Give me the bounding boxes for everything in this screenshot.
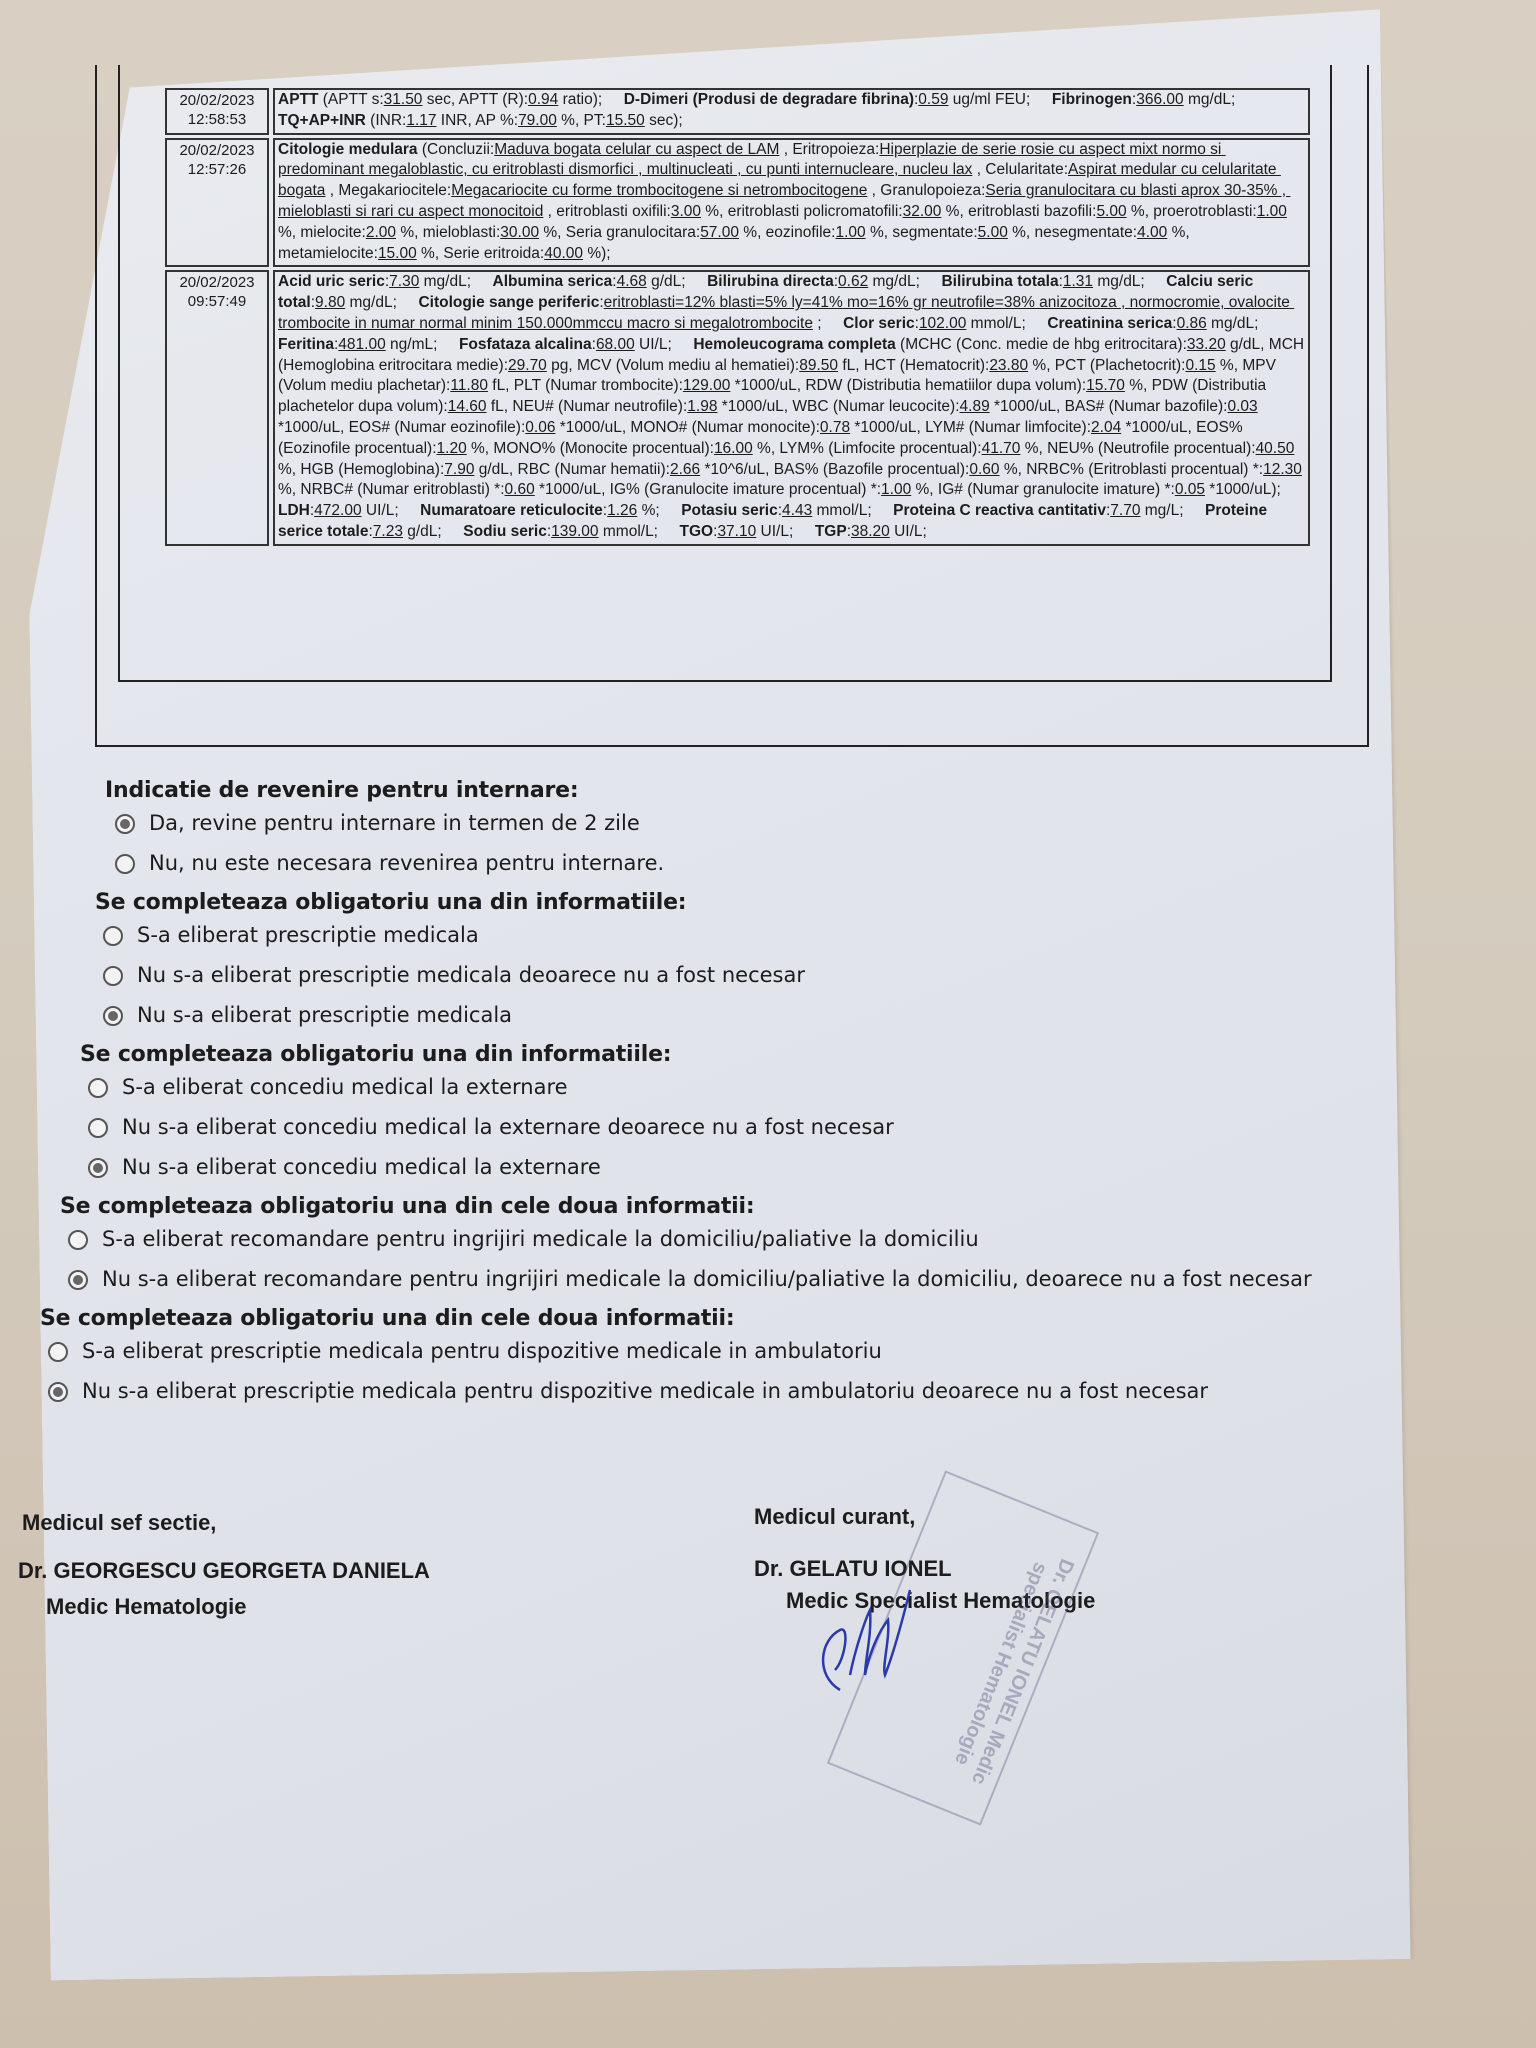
radio-option[interactable]: Nu s-a eliberat prescriptie medicala deo… [103,962,1400,988]
test-text: g/dL; [647,273,707,290]
test-text: mg/L; [1140,502,1205,519]
test-name: Fibrinogen [1052,91,1132,108]
handwritten-signature [810,1580,920,1700]
lab-result-datetime: 20/02/202312:58:53 [165,88,269,135]
test-text: ratio); [558,91,623,108]
test-value: 40.00 [544,245,583,262]
test-name: Potasiu seric [681,502,778,519]
test-text: UI/L; [635,336,694,353]
test-text: %, mieloblasti: [396,224,500,241]
test-text: fL, PLT (Numar trombocite): [488,377,683,394]
radio-option-label: S-a eliberat concediu medical la externa… [122,1074,568,1100]
test-value: 3.00 [671,203,701,220]
test-value: 129.00 [683,377,730,394]
test-text: fL, HCT (Hematocrit): [838,357,989,374]
test-value: 0.06 [525,419,555,436]
test-value: 7.30 [389,273,419,290]
test-text: mmol/L; [599,523,680,540]
test-value: 0.86 [1177,315,1207,332]
test-text: g/dL; [403,523,463,540]
test-value: 0.03 [1227,398,1257,415]
radio-option[interactable]: S-a eliberat concediu medical la externa… [88,1074,1400,1100]
head-of-department-title: Medic Hematologie [46,1594,246,1620]
test-value: 31.50 [384,91,423,108]
radio-option-label: Nu s-a eliberat concediu medical la exte… [122,1154,601,1180]
test-text: , eritroblasti oxifili: [543,203,670,220]
lab-results-table: 20/02/202312:58:53APTT (APTT s:31.50 sec… [165,88,1310,549]
radio-option-label: Da, revine pentru internare in termen de… [149,810,640,836]
test-value: 23.80 [989,357,1028,374]
test-text: *1000/uL, RDW (Distributia hematiilor du… [730,377,1086,394]
test-text: INR, AP %: [437,112,519,129]
radio-option-label: Nu s-a eliberat prescriptie medicala pen… [82,1378,1208,1404]
radio-selected-icon[interactable] [103,1006,123,1026]
radio-unselected-icon[interactable] [115,854,135,874]
test-value: 4.68 [617,273,647,290]
lab-result-row: 20/02/202312:58:53APTT (APTT s:31.50 sec… [165,88,1310,135]
test-text: mg/dL; [1207,315,1280,332]
radio-unselected-icon[interactable] [88,1078,108,1098]
test-value: 16.00 [714,440,753,457]
test-value: 7.70 [1110,502,1140,519]
test-text: *1000/uL, MONO# (Numar monocite): [555,419,819,436]
test-text: *10^6/uL, BAS% (Bazofile procentual): [700,461,969,478]
test-value: 68.00 [596,336,635,353]
lab-result-row: 20/02/202309:57:49Acid uric seric:7.30 m… [165,270,1310,545]
radio-option[interactable]: S-a eliberat prescriptie medicala pentru… [48,1338,1400,1364]
test-value: Maduva bogata celular cu aspect de LAM [494,141,779,158]
test-value: 7.90 [444,461,474,478]
option-group-heading: Se completeaza obligatoriu una din infor… [80,1042,1400,1067]
lab-result-time: 12:57:26 [167,160,267,179]
test-value: 4.00 [1137,224,1167,241]
test-value: 481.00 [338,336,385,353]
radio-option[interactable]: Nu s-a eliberat prescriptie medicala [103,1002,1400,1028]
test-name: D-Dimeri (Produsi de degradare fibrina) [624,91,914,108]
test-text: mg/dL; [868,273,941,290]
option-group: Indicatie de revenire pentru internare:D… [105,778,1400,876]
radio-selected-icon[interactable] [48,1382,68,1402]
lab-result-datetime: 20/02/202312:57:26 [165,138,269,268]
test-text: *1000/uL, LYM# (Numar limfocite): [850,419,1091,436]
radio-option-label: Nu, nu este necesara revenirea pentru in… [149,850,664,876]
test-value: 14.60 [448,398,487,415]
test-text: mmol/L; [966,315,1047,332]
lab-result-content: APTT (APTT s:31.50 sec, APTT (R):0.94 ra… [273,88,1310,135]
test-text: , Granulopoieza: [867,182,985,199]
test-value: 102.00 [919,315,966,332]
test-text: (Concluzii: [418,141,495,158]
test-value: Megacariocite cu forme trombocitogene si… [451,182,867,199]
test-text: mg/dL; [1093,273,1166,290]
test-value: 89.50 [799,357,838,374]
test-value: 366.00 [1136,91,1183,108]
test-text: (MCHC (Conc. medie de hbg eritrocitara): [896,336,1187,353]
test-text: sec, APTT (R): [422,91,528,108]
lab-result-row: 20/02/202312:57:26Citologie medulara (Co… [165,138,1310,268]
test-name: Hemoleucograma completa [693,336,895,353]
test-value: 0.59 [918,91,948,108]
lab-result-date: 20/02/2023 [167,141,267,160]
test-value: 1.00 [881,481,911,498]
test-value: 139.00 [551,523,598,540]
test-text: , Megakariocitele: [325,182,451,199]
test-name: Citologie sange periferic [418,294,599,311]
test-value: 1.17 [406,112,436,129]
test-text: *1000/uL, WBC (Numar leucocite): [717,398,959,415]
test-text: %, Seria granulocitara: [539,224,700,241]
test-text: *1000/uL, IG% (Granulocite imature proce… [535,481,881,498]
test-value: 37.10 [717,523,756,540]
test-text: *1000/uL, BAS# (Numar bazofile): [990,398,1228,415]
test-text: %, proerotroblasti: [1127,203,1257,220]
test-name: TQ+AP+INR [278,112,366,129]
test-text: ; [813,315,843,332]
test-text: %, NRBC% (Eritroblasti procentual) *: [1000,461,1264,478]
test-text: %, LYM% (Limfocite procentual): [753,440,982,457]
option-group: Se completeaza obligatoriu una din cele … [60,1194,1400,1292]
test-value: 57.00 [700,224,739,241]
radio-selected-icon[interactable] [115,814,135,834]
test-value: 5.00 [1096,203,1126,220]
test-value: 0.60 [969,461,999,478]
test-text: %, eritroblasti bazofili: [941,203,1096,220]
test-text: %, nesegmentate: [1008,224,1137,241]
option-group: Se completeaza obligatoriu una din infor… [95,890,1400,1028]
test-text: mmol/L; [812,502,893,519]
test-text: ug/ml FEU; [948,91,1051,108]
radio-option-label: Nu s-a eliberat prescriptie medicala deo… [137,962,805,988]
radio-option[interactable]: Nu s-a eliberat concediu medical la exte… [88,1114,1400,1140]
radio-option[interactable]: Nu s-a eliberat prescriptie medicala pen… [48,1378,1400,1404]
test-text: *1000/uL); [1205,481,1302,498]
test-name: Bilirubina directa [707,273,834,290]
test-value: 0.60 [505,481,535,498]
test-text: mg/dL; [419,273,492,290]
test-value: 7.23 [373,523,403,540]
head-of-department-name: Dr. GEORGESCU GEORGETA DANIELA [18,1558,430,1584]
test-value: 33.20 [1187,336,1226,353]
test-text: fL, NEU# (Numar neutrofile): [487,398,688,415]
radio-option-label: Nu s-a eliberat prescriptie medicala [137,1002,512,1028]
radio-unselected-icon[interactable] [48,1342,68,1362]
test-value: 38.20 [851,523,890,540]
radio-option[interactable]: Nu, nu este necesara revenirea pentru in… [115,850,1400,876]
test-value: 32.00 [903,203,942,220]
radio-selected-icon[interactable] [88,1158,108,1178]
test-value: 1.31 [1063,273,1093,290]
test-value: 41.70 [982,440,1021,457]
test-text: pg, MCV (Volum mediu al hematiei): [547,357,799,374]
lab-result-time: 12:58:53 [167,110,267,129]
radio-option-label: S-a eliberat prescriptie medicala pentru… [82,1338,882,1364]
option-group: Se completeaza obligatoriu una din infor… [80,1042,1400,1180]
test-value: 0.15 [1185,357,1215,374]
test-value: 79.00 [518,112,557,129]
test-value: 9.80 [315,294,345,311]
test-text: %, MONO% (Monocite procentual): [467,440,714,457]
test-value: 472.00 [314,502,361,519]
test-value: 2.00 [366,224,396,241]
radio-unselected-icon[interactable] [88,1118,108,1138]
radio-option[interactable]: Nu s-a eliberat recomandare pentru ingri… [68,1266,1400,1292]
test-value: 29.70 [508,357,547,374]
test-value: 30.00 [500,224,539,241]
test-value: 11.80 [450,377,488,394]
test-value: 2.04 [1091,419,1121,436]
test-text: UI/L; [756,523,815,540]
test-text: %, Serie eritroida: [417,245,545,262]
test-text: mg/dL; [1184,91,1257,108]
radio-option-label: S-a eliberat recomandare pentru ingrijir… [102,1226,979,1252]
test-text: %, eozinofile: [739,224,836,241]
option-group-heading: Se completeaza obligatoriu una din cele … [60,1194,1400,1219]
test-text: g/dL, RBC (Numar hematii): [474,461,670,478]
test-text: %, segmentate: [866,224,978,241]
test-value: 0.78 [820,419,850,436]
discharge-options: Indicatie de revenire pentru internare:D… [0,770,1400,1418]
test-name: Bilirubina totala [941,273,1058,290]
radio-selected-icon[interactable] [68,1270,88,1290]
test-text: %, PCT (Plachetocrit): [1028,357,1185,374]
test-value: 0.94 [528,91,558,108]
lab-result-time: 09:57:49 [167,292,267,311]
test-name: Citologie medulara [278,141,418,158]
test-name: Sodiu seric [463,523,547,540]
test-value: 1.26 [607,502,637,519]
test-text: %; [637,502,681,519]
radio-unselected-icon[interactable] [68,1230,88,1250]
test-name: Fosfataza alcalina [459,336,592,353]
test-name: APTT [278,91,318,108]
test-text: ng/mL; [386,336,459,353]
test-value: 1.98 [687,398,717,415]
test-value: 1.20 [437,440,467,457]
radio-unselected-icon[interactable] [103,926,123,946]
option-group: Se completeaza obligatoriu una din cele … [40,1306,1400,1404]
test-name: Clor seric [843,315,915,332]
option-group-heading: Se completeaza obligatoriu una din cele … [40,1306,1400,1331]
test-value: 1.00 [1257,203,1287,220]
attending-doctor-role: Medicul curant, [754,1504,915,1530]
radio-option-label: Nu s-a eliberat recomandare pentru ingri… [102,1266,1312,1292]
radio-option-label: S-a eliberat prescriptie medicala [137,922,479,948]
test-text: %, PT: [557,112,606,129]
test-text: (INR: [366,112,406,129]
test-value: 15.70 [1086,377,1125,394]
test-text: , Eritropoieza: [779,141,879,158]
test-text: %, eritroblasti policromatofili: [701,203,903,220]
radio-option[interactable]: S-a eliberat prescriptie medicala [103,922,1400,948]
test-text: , Celularitate: [972,161,1068,178]
test-name: Acid uric seric [278,273,385,290]
option-group-heading: Se completeaza obligatoriu una din infor… [95,890,1400,915]
test-name: Albumina serica [493,273,613,290]
lab-result-date: 20/02/2023 [167,273,267,292]
radio-unselected-icon[interactable] [103,966,123,986]
test-name: Creatinina serica [1047,315,1172,332]
test-name: TGP [815,523,847,540]
lab-result-content: Citologie medulara (Concluzii:Maduva bog… [273,138,1310,268]
test-name: Proteina C reactiva cantitativ [893,502,1106,519]
test-text: %, NEU% (Neutrofile procentual): [1020,440,1255,457]
test-value: 2.66 [670,461,700,478]
test-name: Numaratoare reticulocite [420,502,603,519]
test-value: 40.50 [1256,440,1295,457]
test-value: 0.05 [1175,481,1205,498]
lab-result-datetime: 20/02/202309:57:49 [165,270,269,545]
head-of-department-role: Medicul sef sectie, [22,1510,216,1536]
test-text: UI/L; [362,502,421,519]
test-value: 15.00 [378,245,417,262]
test-value: 15.50 [606,112,645,129]
lab-result-date: 20/02/2023 [167,91,267,110]
test-value: 4.43 [782,502,812,519]
test-value: 5.00 [978,224,1008,241]
option-group-heading: Indicatie de revenire pentru internare: [105,778,1400,803]
radio-option[interactable]: Nu s-a eliberat concediu medical la exte… [88,1154,1400,1180]
test-text: %); [583,245,611,262]
test-name: Feritina [278,336,334,353]
radio-option[interactable]: Da, revine pentru internare in termen de… [115,810,1400,836]
test-text: mg/dL; [345,294,418,311]
lab-result-content: Acid uric seric:7.30 mg/dL; Albumina ser… [273,270,1310,545]
radio-option[interactable]: S-a eliberat recomandare pentru ingrijir… [68,1226,1400,1252]
test-text: (APTT s: [318,91,383,108]
test-value: 12.30 [1263,461,1302,478]
test-value: 4.89 [960,398,990,415]
test-value: 0.62 [838,273,868,290]
test-value: 1.00 [835,224,865,241]
test-name: LDH [278,502,310,519]
test-name: TGO [680,523,714,540]
test-text: %, IG# (Numar granulocite imature) *: [911,481,1175,498]
test-text: UI/L; [890,523,927,540]
radio-option-label: Nu s-a eliberat concediu medical la exte… [122,1114,894,1140]
test-text: sec); [645,112,683,129]
